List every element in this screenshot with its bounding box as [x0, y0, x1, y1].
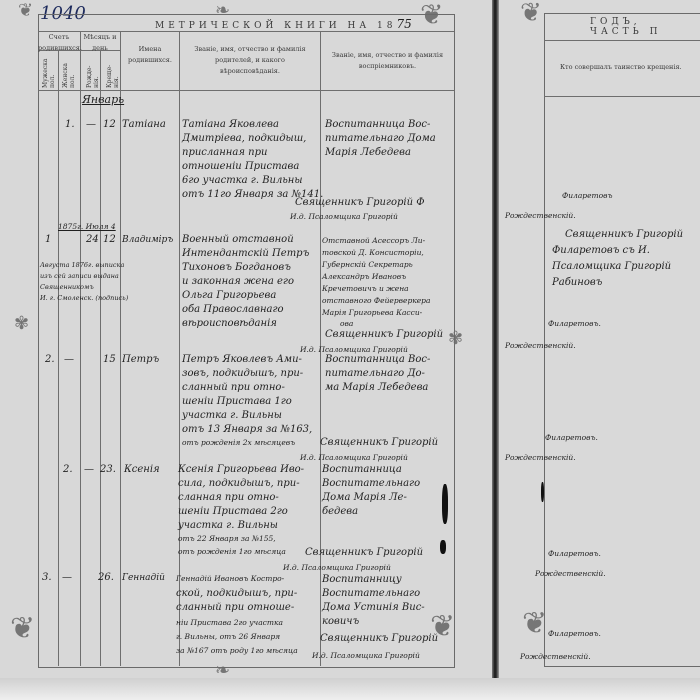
female-number: 1.: [65, 118, 75, 132]
parents-line: участка г. Вильны: [182, 409, 282, 423]
clergy-signature: Священникъ Григорій: [320, 632, 438, 646]
performed-by-line: Псаломщика Григорій: [552, 260, 671, 274]
parents-line: оба Православнаго: [182, 303, 284, 317]
right-header-rule: [544, 96, 700, 97]
parents-line: сланный при отно-: [182, 381, 285, 395]
parents-line: присланная при: [182, 146, 267, 160]
parents-line: вѣроисповѣданія: [182, 317, 277, 331]
godparents-line: бедева: [322, 505, 358, 519]
margin-note: изъ сей записи выдана: [40, 271, 119, 282]
baptism-day: 26.: [98, 571, 114, 585]
corner-ornament-right-page: ❦: [520, 4, 542, 22]
col-divider: [80, 31, 81, 666]
parents-line: Ольга Григорьева: [182, 289, 276, 303]
margin-note: И. г. Смоленск. (подпись): [40, 293, 128, 304]
clergy-signature: Священникъ Григорій: [320, 436, 438, 450]
parents-line: сила, подкидышъ, при-: [178, 477, 300, 491]
birth-day: —: [64, 353, 74, 367]
parents-line: ніи Пристава 2го участка: [176, 617, 283, 628]
godparents-line: ковичъ: [322, 615, 359, 629]
performed-by-line: Священникъ Григорій: [565, 228, 683, 242]
parents-line: отъ рожденія 1го мѣсяца: [178, 546, 286, 557]
parents-line: сланная при отно-: [178, 491, 279, 505]
performed-by-line: Рождественскій.: [505, 340, 576, 351]
godparents-line: Кречетовичъ и жена: [322, 283, 409, 294]
godparents-line: Марія Григорьева Касси-: [322, 307, 422, 318]
parents-line: Интендантскій Петръ: [182, 247, 309, 261]
parents-line: Тихоновъ Богдановъ: [182, 261, 291, 275]
header-baptism: Креще-нія.: [106, 56, 120, 88]
parents-line: 6го участка г. Вильны: [182, 174, 303, 188]
male-number: 3.: [42, 571, 52, 585]
parents-line: сланный при отноше-: [176, 601, 294, 615]
corner-ornament-bottom-left: ❦: [10, 620, 35, 638]
parents-line: отъ 13 Января за №163,: [182, 423, 312, 437]
right-title-rule: [544, 40, 700, 41]
margin-note: Августа 1876г. выписка: [40, 260, 124, 271]
clergy-signature: Священникъ Григорій Ф: [295, 196, 425, 210]
parents-line: шеніи Пристава 1го: [182, 395, 292, 409]
baptism-day: 12: [103, 118, 116, 132]
header-names: Имена родившихся.: [125, 44, 175, 66]
month-header: Январь: [82, 93, 124, 107]
female-number: 2.: [63, 463, 73, 477]
godparents-line: Дома Марія Ле-: [322, 491, 407, 505]
godparents-line: Воспитанница: [322, 463, 402, 477]
clergy-signature: Священникъ Григорій: [305, 546, 423, 560]
godparents-line: ма Марія Лебедева: [325, 381, 428, 395]
header-birth: Рожде-нія.: [86, 56, 100, 88]
godparents-line: Воспитанница Вос-: [325, 118, 430, 132]
performed-by-line: Рождественскій.: [505, 210, 576, 221]
parents-line: и законная жена его: [182, 275, 294, 289]
performed-by-line: Рождественскій.: [505, 452, 576, 463]
clergy-signature: Священникъ Григорій: [325, 328, 443, 342]
baptism-day: 23.: [100, 463, 116, 477]
godparents-line: Отставной Асессоръ Ли-: [322, 235, 425, 246]
godparents-line: Александръ Ивановъ: [322, 271, 406, 282]
side-ornament-left: ✾: [14, 315, 29, 333]
godparents-line: Марія Лебедева: [325, 146, 411, 160]
clergy-signature: И.д. Псаломщика Григорій: [283, 562, 391, 573]
child-name: Петръ: [122, 353, 159, 367]
godparents-line: отставного Фейерверкера: [322, 295, 430, 306]
ink-blot: [440, 540, 446, 554]
header-female: Женска пол.: [62, 56, 76, 88]
godparents-line: товской Д. Консисторіи,: [322, 247, 424, 258]
parents-line: Татіана Яковлева: [182, 118, 279, 132]
birth-day: —: [62, 571, 72, 585]
col-divider: [179, 31, 180, 666]
performed-by-line: Филаретовъ.: [548, 628, 601, 639]
parents-line: Дмитріева, подкидыш,: [182, 132, 306, 146]
header-parents: Званіе, имя, отчество и фамилія родителе…: [185, 44, 315, 77]
godparents-line: питательнаго До-: [325, 367, 425, 381]
clergy-signature: И.д. Псаломщика Григорій: [312, 650, 420, 661]
child-name: Геннадій: [122, 571, 165, 585]
parents-line: Петръ Яковлевъ Ами-: [182, 353, 302, 367]
parents-line: шеніи Пристава 2го: [178, 505, 288, 519]
header-count-born: Счетъ родившихся.: [38, 32, 80, 54]
corner-ornament-top-left: ❦: [18, 2, 33, 20]
ink-mark: [541, 482, 544, 502]
performed-by-line: Рабиновъ: [552, 276, 602, 290]
parents-line: отъ рожденія 2х мѣсяцевъ: [182, 437, 295, 448]
child-name: Владиміръ: [122, 233, 173, 247]
parents-line: отношеніи Пристава: [182, 160, 299, 174]
parents-line: Геннадій Ивановъ Костро-: [176, 573, 284, 584]
baptism-day: 15: [103, 353, 116, 367]
header-month-day: Мѣсяцъ и день: [80, 32, 120, 54]
col-divider: [120, 31, 121, 666]
baptism-day: 12: [103, 233, 116, 247]
performed-by-line: Филаретовъ.: [545, 432, 598, 443]
header-performed-by: Кто совершалъ таинство крещенія.: [560, 62, 700, 73]
parents-line: г. Вильны, отъ 26 Января: [176, 631, 280, 642]
page-bottom-edge: [0, 678, 700, 700]
header-male: Мужеска пол.: [42, 56, 56, 88]
godparents-line: Губернскій Секретарь: [322, 259, 413, 270]
ink-blot: [442, 484, 448, 524]
col-divider: [58, 50, 59, 666]
birth-day: —: [84, 463, 94, 477]
parents-line: участка г. Вильны: [178, 519, 278, 533]
godparents-line: Воспитанница Вос-: [325, 353, 430, 367]
male-number: 2.: [45, 353, 55, 367]
performed-by-line: Филаретовъ съ И.: [552, 244, 650, 258]
parents-line: отъ 22 Января за №155,: [178, 533, 276, 544]
birth-day: 24: [86, 233, 99, 247]
performed-by-line: Филаретовъ: [562, 190, 613, 201]
margin-note: Священникомъ: [40, 282, 94, 293]
birth-day: —: [86, 118, 96, 132]
clergy-signature: И.д. Псаломщика Григорій: [290, 211, 398, 222]
parents-line: зовъ, подкидышъ, при-: [182, 367, 303, 381]
performed-by-line: Рождественскій.: [520, 651, 591, 662]
clergy-signature: И.д. Псаломщика Григорій: [300, 452, 408, 463]
godparents-line: Воспитательнаго: [322, 587, 420, 601]
parents-line: за №167 отъ роду 1го мѣсяца: [176, 645, 298, 656]
child-name: Ксенія: [124, 463, 160, 477]
book-gutter: [492, 0, 499, 700]
parents-line: Ксенія Григорьева Иво-: [178, 463, 304, 477]
godparents-line: Воспитательнаго: [322, 477, 420, 491]
performed-by-line: Рождественскій.: [535, 568, 606, 579]
godparents-line: Воспитанницу: [322, 573, 402, 587]
parents-line: ской, подкидышъ, при-: [176, 587, 297, 601]
godparents-line: питательнаго Дома: [325, 132, 436, 146]
child-name: Татіана: [122, 118, 166, 132]
date-note: 1875г. Июля 4: [58, 221, 116, 232]
parents-line: Военный отставной: [182, 233, 294, 247]
performed-by-line: Филаретовъ.: [548, 548, 601, 559]
godparents-line: Дома Устинія Вис-: [322, 601, 425, 615]
header-godparents: Званіе, имя, отчество и фамилія воспріем…: [325, 50, 450, 72]
performed-by-line: Филаретовъ.: [548, 318, 601, 329]
male-number: 1: [45, 233, 51, 247]
